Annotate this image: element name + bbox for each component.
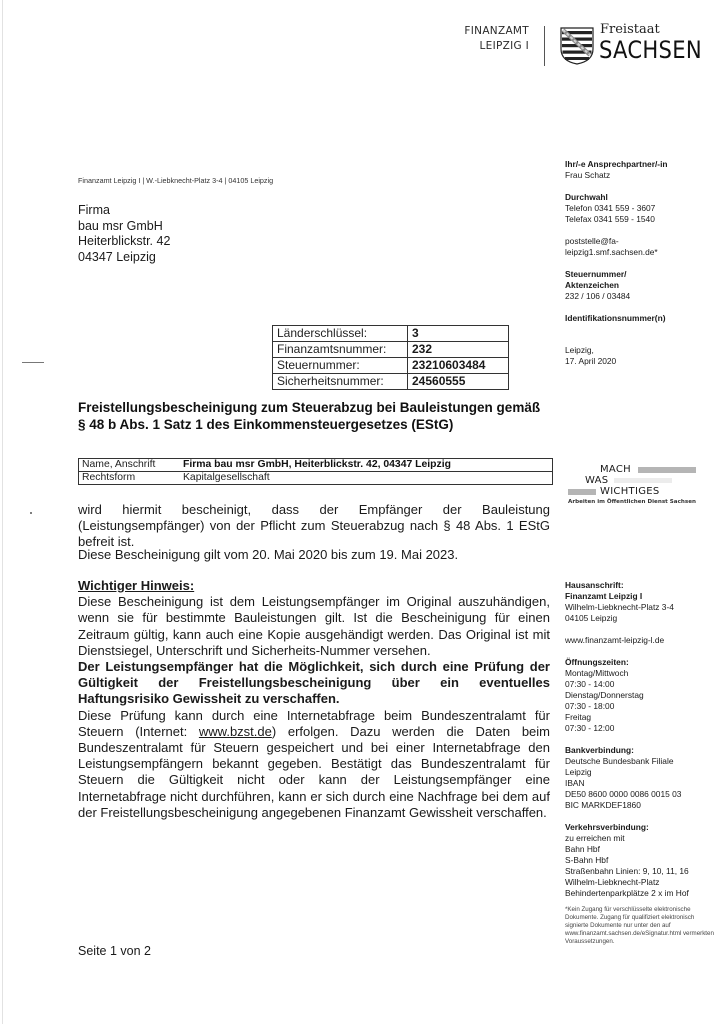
campaign-bar xyxy=(614,478,672,483)
table-row: Sicherheitsnummer:24560555 xyxy=(273,374,509,390)
table-row: Finanzamtsnummer:232 xyxy=(273,342,509,358)
firm-value: Firma bau msr GmbH, Heiterblickstr. 42, … xyxy=(180,459,553,472)
recipient-address: Firma bau msr GmbH Heiterblickstr. 42 04… xyxy=(78,203,170,265)
key-label: Finanzamtsnummer: xyxy=(273,342,408,358)
bank-line: DE50 8600 0000 0086 0015 03 xyxy=(565,789,681,799)
certify-paragraph: wird hiermit bescheinigt, dass der Empfä… xyxy=(78,502,550,551)
transport-label: Verkehrsverbindung: xyxy=(565,822,649,832)
bank-label: Bankverbindung: xyxy=(565,745,634,755)
hours-line: Montag/Mittwoch xyxy=(565,668,628,678)
hint-bold-paragraph: Der Leistungsempfänger hat die Möglichke… xyxy=(78,659,550,706)
transport-line: zu erreichen mit xyxy=(565,833,625,843)
file-ref-label: Aktenzeichen xyxy=(565,280,619,290)
transport-line: Wilhelm-Liebknecht-Platz xyxy=(565,877,660,887)
campaign-subline: Arbeiten im Öffentlichen Dienst Sachsen xyxy=(568,499,696,505)
table-row: Steuernummer:23210603484 xyxy=(273,358,509,374)
contact-label: Ihr/-e Ansprechpartner/-in xyxy=(565,159,668,169)
bzst-link[interactable]: www.bzst.de xyxy=(199,724,272,739)
state-label-big: SACHSEN xyxy=(599,36,702,64)
table-row: Länderschlüssel:3 xyxy=(273,326,509,342)
campaign-line: WAS xyxy=(585,475,608,486)
sender-return-line: Finanzamt Leipzig I | W.-Liebknecht-Plat… xyxy=(78,176,273,185)
address-city: 04105 Leipzig xyxy=(565,613,617,623)
bank-line: Deutsche Bundesbank Filiale xyxy=(565,756,673,766)
email-address-cont[interactable]: leipzig1.smf.sachsen.de* xyxy=(565,247,658,257)
footnote: *Kein Zugang für verschlüsselte elektron… xyxy=(565,906,715,946)
recipient-line: Heiterblickstr. 42 xyxy=(78,234,170,250)
phone-number: Telefon 0341 559 - 3607 xyxy=(565,203,655,213)
transport-line: S-Bahn Hbf xyxy=(565,855,608,865)
taxno-label: Steuernummer/ xyxy=(565,269,626,279)
recipient-line: 04347 Leipzig xyxy=(78,250,170,266)
title-line: § 48 b Abs. 1 Satz 1 des Einkommensteuer… xyxy=(78,416,558,433)
key-value: 3 xyxy=(408,326,509,342)
saxony-crest-icon xyxy=(560,27,594,65)
key-value: 23210603484 xyxy=(408,358,509,374)
key-value: 232 xyxy=(408,342,509,358)
recipient-line: Firma xyxy=(78,203,170,219)
address-name: Finanzamt Leipzig I xyxy=(565,591,642,601)
campaign-line: WICHTIGES xyxy=(600,486,660,497)
state-label-small: Freistaat xyxy=(600,22,660,37)
hours-label: Öffnungszeiten: xyxy=(565,657,629,667)
title-line: Freistellungsbescheinigung zum Steuerabz… xyxy=(78,399,558,416)
campaign-line: MACH xyxy=(600,464,631,475)
id-number-label: Identifikationsnummer(n) xyxy=(565,313,666,323)
firm-label: Rechtsform xyxy=(79,472,181,485)
letter-date: 17. April 2020 xyxy=(565,356,616,366)
hint-heading: Wichtiger Hinweis: xyxy=(78,578,550,594)
firm-table: Name, AnschriftFirma bau msr GmbH, Heite… xyxy=(78,458,553,485)
firm-value: Kapitalgesellschaft xyxy=(180,472,553,485)
document-title: Freistellungsbescheinigung zum Steuerabz… xyxy=(78,399,558,433)
transport-line: Straßenbahn Linien: 9, 10, 11, 16 xyxy=(565,866,689,876)
hours-line: 07:30 - 18:00 xyxy=(565,701,614,711)
table-row: RechtsformKapitalgesellschaft xyxy=(79,472,553,485)
campaign-bar xyxy=(638,467,696,473)
hours-line: 07:30 - 12:00 xyxy=(565,723,614,733)
hint-paragraph-2: Diese Prüfung kann durch eine Internetab… xyxy=(78,708,550,821)
key-label: Sicherheitsnummer: xyxy=(273,374,408,390)
transport-line: Behindertenparkplätze 2 x im Hof xyxy=(565,888,689,898)
hours-line: Dienstag/Donnerstag xyxy=(565,690,644,700)
scan-edge xyxy=(2,0,3,1024)
transport-line: Bahn Hbf xyxy=(565,844,600,854)
taxno-value: 232 / 106 / 03484 xyxy=(565,291,630,301)
hours-line: 07:30 - 14:00 xyxy=(565,679,614,689)
header-divider xyxy=(544,26,545,66)
hint-section: Wichtiger Hinweis: Diese Bescheinigung i… xyxy=(78,578,550,821)
website-link[interactable]: www.finanzamt-leipzig-l.de xyxy=(565,635,664,645)
office-name-line1: FINANZAMT xyxy=(464,24,529,39)
firm-label: Name, Anschrift xyxy=(79,459,181,472)
email-address[interactable]: poststelle@fa- xyxy=(565,236,619,246)
key-label: Länderschlüssel: xyxy=(273,326,408,342)
sidebar-contact: Ihr/-e Ansprechpartner/-in Frau Schatz D… xyxy=(565,159,668,367)
bank-line: BIC MARKDEF1860 xyxy=(565,800,641,810)
key-label: Steuernummer: xyxy=(273,358,408,374)
validity-paragraph: Diese Bescheinigung gilt vom 20. Mai 202… xyxy=(78,547,550,563)
key-table: Länderschlüssel:3 Finanzamtsnummer:232 S… xyxy=(272,325,509,390)
address-street: Wilhelm-Liebknecht-Platz 3-4 xyxy=(565,602,674,612)
fold-mark xyxy=(22,362,44,363)
hint-paragraph: Diese Bescheinigung ist dem Leistungsemp… xyxy=(78,594,550,659)
contact-name: Frau Schatz xyxy=(565,170,610,180)
punch-mark xyxy=(30,512,32,514)
direct-dial-label: Durchwahl xyxy=(565,192,608,202)
bank-line: Leipzig xyxy=(565,767,592,777)
recipient-line: bau msr GmbH xyxy=(78,219,170,235)
bank-line: IBAN xyxy=(565,778,585,788)
key-value: 24560555 xyxy=(408,374,509,390)
sidebar-info: Hausanschrift: Finanzamt Leipzig I Wilhe… xyxy=(565,580,689,910)
office-name-line2: LEIPZIG I xyxy=(464,39,529,54)
campaign-logo: MACH WAS WICHTIGES Arbeiten im Öffentlic… xyxy=(560,464,720,512)
hours-line: Freitag xyxy=(565,712,591,722)
letter-place: Leipzig, xyxy=(565,345,594,355)
table-row: Name, AnschriftFirma bau msr GmbH, Heite… xyxy=(79,459,553,472)
office-name: FINANZAMT LEIPZIG I xyxy=(464,24,529,54)
fax-number: Telefax 0341 559 - 1540 xyxy=(565,214,655,224)
campaign-bar xyxy=(568,489,596,495)
page-number: Seite 1 von 2 xyxy=(78,944,151,958)
address-label: Hausanschrift: xyxy=(565,580,624,590)
